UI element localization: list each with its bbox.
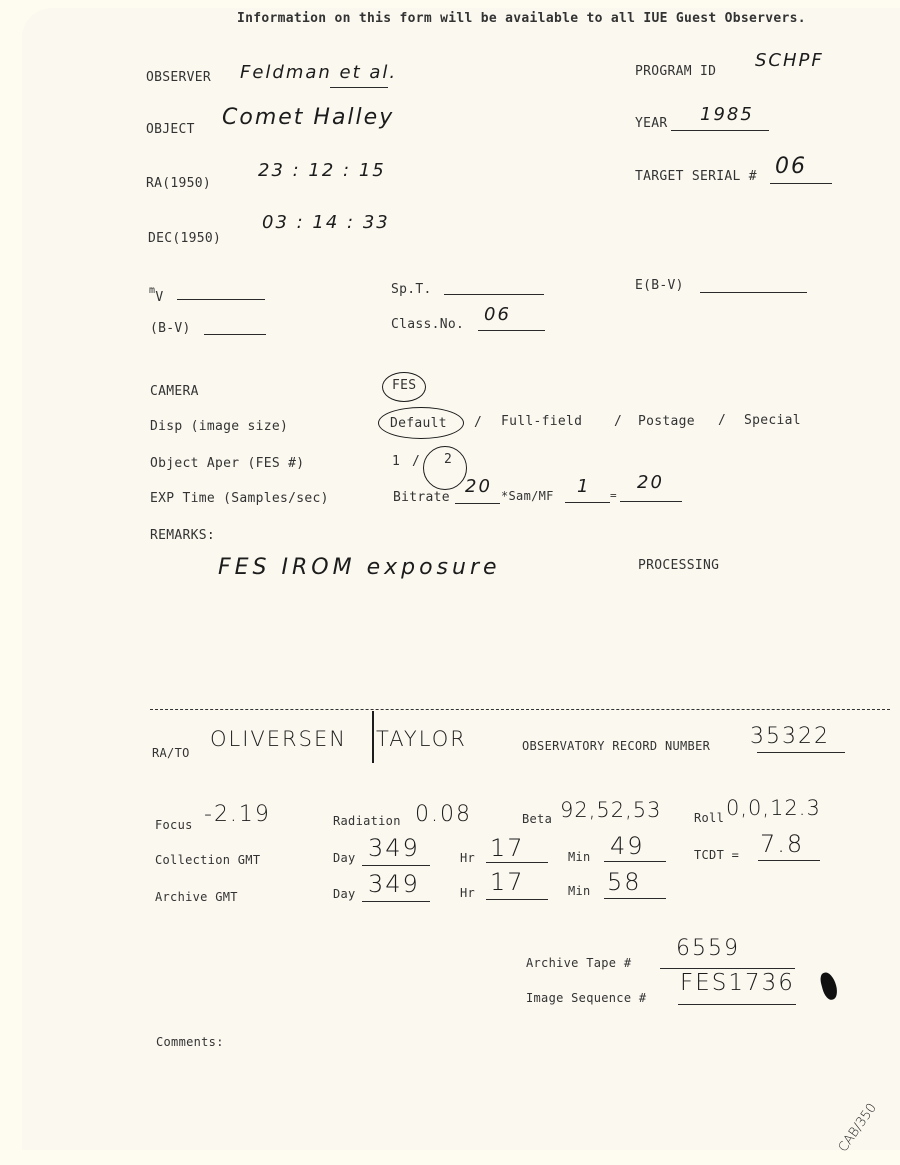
observer-label: OBSERVER	[146, 70, 211, 85]
archive-tape-label: Archive Tape #	[526, 956, 631, 970]
dec-field[interactable]: 03 : 14 : 33	[262, 212, 390, 233]
archive-tape-underline	[660, 968, 795, 969]
image-sequence-underline	[678, 1004, 796, 1005]
class-no-label: Class.No.	[391, 317, 464, 332]
ra-field[interactable]: 23 : 12 : 15	[258, 160, 386, 181]
collection-gmt-label: Collection GMT	[155, 853, 260, 867]
disp-option-postage[interactable]: Postage	[638, 414, 695, 429]
target-serial-label: TARGET SERIAL #	[635, 169, 757, 184]
record-number-field[interactable]: 35322	[750, 724, 830, 749]
tcdt-underline	[758, 860, 820, 861]
disp-separator: /	[474, 415, 482, 430]
sp-t-label: Sp.T.	[391, 282, 432, 297]
image-sequence-label: Image Sequence #	[526, 991, 646, 1005]
target-serial-field[interactable]: 06	[775, 154, 807, 179]
observer-underline	[330, 87, 388, 88]
archive-day-field[interactable]: 349	[368, 870, 420, 898]
ra-label: RA(1950)	[146, 176, 211, 191]
collection-day-field[interactable]: 349	[368, 834, 420, 862]
image-sequence-field[interactable]: FES1736	[680, 970, 795, 996]
bitrate-field[interactable]: 20	[465, 476, 492, 497]
bitrate-underline	[455, 503, 500, 504]
exp-time-label: EXP Time (Samples/sec)	[150, 491, 329, 506]
sam-mf-underline	[565, 502, 610, 503]
collection-min-field[interactable]: 49	[610, 832, 645, 860]
program-id-field[interactable]: SCHPF	[755, 50, 824, 71]
roll-field[interactable]: 0,0,12.3	[726, 796, 821, 820]
dec-label: DEC(1950)	[148, 231, 221, 246]
object-label: OBJECT	[146, 122, 195, 137]
archive-min-underline	[604, 898, 666, 899]
record-number-label: OBSERVATORY RECORD NUMBER	[522, 739, 710, 753]
exp-result-field[interactable]: 20	[637, 472, 664, 493]
radiation-field[interactable]: 0.08	[415, 802, 472, 827]
mv-field[interactable]	[177, 299, 265, 300]
collection-day-label: Day	[333, 851, 356, 865]
e-b-v-label: E(B-V)	[635, 278, 684, 293]
observer-field[interactable]: Feldman et al.	[240, 62, 397, 83]
focus-label: Focus	[155, 818, 193, 832]
ra-to-separator	[372, 711, 374, 763]
ra-to-field-2[interactable]: TAYLOR	[376, 727, 467, 751]
collection-day-underline	[362, 865, 430, 866]
mv-label: mV	[149, 286, 163, 301]
camera-selected-circle	[382, 372, 426, 402]
processing-label: PROCESSING	[638, 558, 719, 573]
aper-selected-circle	[423, 446, 467, 490]
record-number-underline	[757, 752, 845, 753]
form-notice: Information on this form will be availab…	[237, 11, 806, 26]
disp-option-special[interactable]: Special	[744, 413, 801, 428]
focus-field[interactable]: -2.19	[204, 802, 271, 827]
radiation-label: Radiation	[333, 814, 401, 828]
tcdt-field[interactable]: 7.8	[760, 830, 804, 858]
mv-label-sub: V	[155, 290, 163, 305]
equals-sign: =	[610, 489, 617, 502]
year-field[interactable]: 1985	[700, 104, 754, 125]
object-field[interactable]: Comet Halley	[222, 105, 394, 130]
archive-hr-field[interactable]: 17	[490, 868, 525, 896]
camera-label: CAMERA	[150, 384, 199, 399]
disp-separator: /	[718, 413, 726, 428]
archive-tape-field[interactable]: 6559	[676, 936, 740, 961]
year-label: YEAR	[635, 116, 668, 131]
aper-option-1[interactable]: 1	[392, 454, 400, 469]
disp-separator: /	[614, 414, 622, 429]
target-serial-underline	[770, 183, 832, 184]
sp-t-field[interactable]	[444, 294, 544, 295]
class-no-field[interactable]: 06	[484, 304, 511, 325]
class-no-underline	[478, 330, 545, 331]
year-underline	[671, 130, 769, 131]
beta-field[interactable]: 92,52,53	[560, 798, 662, 822]
program-id-label: PROGRAM ID	[635, 64, 716, 79]
archive-hr-label: Hr	[460, 886, 475, 900]
ra-to-label: RA/TO	[152, 746, 190, 760]
sam-mf-field[interactable]: 1	[577, 476, 590, 497]
archive-gmt-label: Archive GMT	[155, 890, 238, 904]
b-v-label: (B-V)	[150, 321, 191, 336]
remarks-label: REMARKS:	[150, 528, 215, 543]
b-v-field[interactable]	[204, 334, 266, 335]
roll-label: Roll	[694, 811, 724, 825]
disp-selected-circle	[378, 407, 464, 439]
collection-min-label: Min	[568, 850, 591, 864]
tcdt-label: TCDT =	[694, 848, 739, 862]
archive-min-field[interactable]: 58	[607, 868, 642, 896]
object-aper-label: Object Aper (FES #)	[150, 456, 304, 471]
beta-label: Beta	[522, 812, 552, 826]
section-divider	[150, 709, 890, 710]
comments-label: Comments:	[156, 1035, 224, 1049]
e-b-v-field[interactable]	[700, 292, 807, 293]
collection-hr-label: Hr	[460, 851, 475, 865]
remarks-field[interactable]: FES IROM exposure	[218, 555, 501, 580]
bitrate-label: Bitrate	[393, 490, 450, 505]
disp-option-full-field[interactable]: Full-field	[501, 414, 582, 429]
collection-hr-field[interactable]: 17	[490, 834, 525, 862]
archive-min-label: Min	[568, 884, 591, 898]
archive-day-underline	[362, 901, 430, 902]
collection-hr-underline	[486, 862, 548, 863]
ra-to-field-1[interactable]: OLIVERSEN	[210, 727, 347, 751]
aper-separator: /	[412, 454, 420, 469]
archive-hr-underline	[486, 899, 548, 900]
collection-min-underline	[604, 861, 666, 862]
disp-label: Disp (image size)	[150, 419, 288, 434]
exp-result-underline	[620, 501, 682, 502]
archive-day-label: Day	[333, 887, 356, 901]
sam-mf-label: *Sam/MF	[501, 489, 554, 503]
